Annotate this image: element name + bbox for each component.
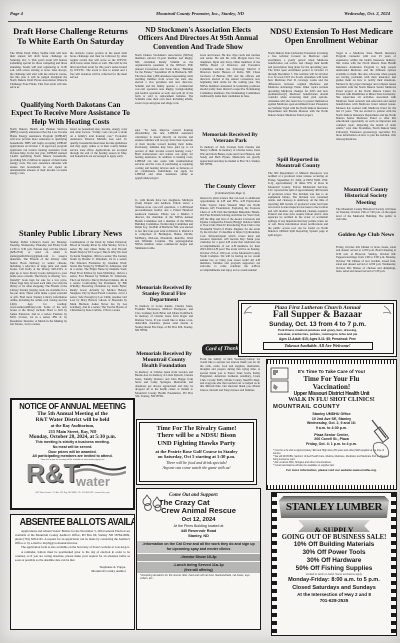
article-body: In memory of Jack Crossen from Charles a…: [200, 146, 260, 182]
article-body: Stanley Public Library's hours are Monda…: [10, 241, 67, 389]
article-body: North Dakota Stockmen's Association (NDS…: [135, 54, 193, 128]
ad-prices: Ages 12-Adult: $15; Ages 5-11: $5; Presc…: [239, 337, 396, 341]
rt-water-logo: R&T water: [12, 462, 133, 492]
ad-title: ABSENTEE BALLOTS AVAILABLE: [20, 517, 126, 528]
ad-fineprint: *Accepting donations for the rescue: lit…: [140, 574, 257, 581]
ad-title: NOTICE OF ANNUAL MEETING: [16, 402, 130, 411]
cat-icon: [141, 492, 167, 512]
ad-fineprint: Limited to stock on hand. Some exclusion…: [272, 573, 396, 576]
absentee-ballots-ad: ABSENTEE BALLOTS AVAILABLE Applications …: [10, 514, 135, 630]
rivalry-game-ad: Time For The Rivalry Game! There will be…: [136, 419, 257, 485]
headline-stockmen: ND Stockmen's Association Elects Officer…: [133, 26, 263, 51]
ad-footer: For more information, please visit our w…: [267, 468, 396, 472]
ad-info-band: -Information on the Cat Crew and all the…: [137, 541, 260, 552]
ad-hours: Monday-Friday: 8:00 a.m. to 5 p.m.: [272, 577, 396, 584]
headline-heating: Qualifying North Dakotans Can Expect To …: [10, 101, 131, 126]
lumber-banner: STANLEY LUMBER: [279, 496, 389, 518]
ad-line: Anyone can come watch the game with us!: [137, 465, 256, 470]
filmstrip-border: [391, 493, 396, 635]
headline-historical: Mountrail County Historical Society Meet…: [336, 187, 396, 206]
headline-golden-age: Golden Age Club News: [336, 232, 396, 238]
ad-hours: Closed Saturdays and Sundays: [272, 585, 396, 592]
headline-veterans: Memorials Received By Veterans Park: [200, 132, 260, 144]
ad-lunch-band: (free will offering): [137, 568, 260, 573]
ad-location: Stanley, ND: [137, 534, 260, 539]
article-body: In memory of Charles Jesna from Gordon a…: [135, 371, 193, 417]
ad-fineprint: R&T Water District - PO Box 128, Ray, ND…: [12, 492, 133, 494]
nd-map-icon: [270, 367, 290, 393]
headline-clover: The County Clover: [200, 183, 260, 190]
fall-supper-ad: Plaza First Lutheran Church Annual Fall …: [238, 300, 397, 357]
ad-date: Oct 12, 2024: [137, 516, 260, 524]
ad-paragraph: Applications and Absent Voters' Ballots …: [15, 530, 130, 545]
headline-medicare: NDSU Extension To Host Medicare Open Enr…: [266, 27, 397, 45]
rt-water-notice-ad: NOTICE OF ANNUAL MEETING The 5th Annual …: [10, 398, 135, 510]
newspaper-page: Page 4 Mountrail County Promoter, Inc., …: [0, 0, 400, 643]
article-body: North Dakota State University Extension …: [268, 52, 328, 155]
lumber-ribbon: & SUPPLY: [298, 520, 370, 532]
ad-phone: 701-628-2535: [272, 598, 396, 604]
stanley-lumber-ad: STANLEY LUMBER & SUPPLY GOING OUT OF BUS…: [271, 492, 397, 636]
article-body: The Mountrail County Historical Society …: [336, 208, 396, 231]
article-body: the obstacle course portion of the usual…: [70, 52, 127, 101]
ad-title: Fall Supper & Bazaar: [239, 311, 396, 321]
crazy-cat-ad: Come Out and Support: The Crazy Cat Crew…: [136, 488, 261, 630]
headline-health-foundation: Memorials Received By Mountrail County H…: [135, 351, 193, 369]
ad-paragraph: A reminder, ballots must be postmarked p…: [15, 551, 130, 563]
masthead: Mountrail County Promoter, Inc., Stanley…: [0, 12, 400, 17]
headline-draft-horse: Draft Horse Challenge Returns To White E…: [10, 27, 131, 46]
article-body: based on household size, income, energy …: [70, 128, 127, 227]
ad-clinics-line: WALK IN FLU SHOT CLINICS!: [267, 397, 396, 404]
headline-library: Stanley Public Library News: [10, 229, 131, 238]
filmstrip-border: [272, 493, 277, 635]
striped-border: [267, 360, 396, 364]
article-body: North Dakota Health and Human Services (…: [10, 128, 67, 227]
ad-sale-line: GOING OUT OF BUSINESS SALE!: [278, 532, 390, 541]
ad-line: There will be a NDSU Bison: [137, 432, 256, 440]
syringe-hand-icon: [368, 418, 394, 458]
article-body: From the family of Deb Swanberg-Glasoe w…: [200, 358, 260, 418]
ad-title: STANLEY LUMBER: [286, 501, 382, 513]
ad-takeout: Takeout Available. All Are Welcome!: [263, 342, 373, 350]
flourish-icon: [243, 305, 253, 315]
flourish-icon: [382, 305, 392, 315]
ad-vendor-band: -Vendor Show 10-3p: [137, 554, 260, 561]
article-body: Friday, October 4th: Dinner of brats, be…: [336, 246, 396, 298]
clover-continued-note: (Continued from Page 1): [200, 191, 260, 195]
ad-deal: 10% Off Building Materials: [272, 541, 396, 549]
headline-rural-fire: Memorials Received By Stanley Rural Fire…: [135, 285, 193, 303]
ad-line: UND Fighting Hawks Party: [137, 440, 256, 448]
ad-signature: Mountrail County Auditor: [19, 569, 126, 573]
headline-spill: Spill Reported in Mountrail County: [268, 157, 328, 170]
striped-border: [267, 485, 396, 489]
ad-title: Time For Your Flu Vaccination!: [289, 376, 374, 391]
rt-logo-sub: water: [76, 475, 110, 488]
article-body: The White Earth Valley Saddle Club will …: [10, 52, 67, 101]
ad-deal: 30% Off Hardware: [272, 557, 396, 565]
article-body: interest in plant science that can lead …: [200, 197, 260, 299]
article-body: stock and horses. He also clips cards an…: [200, 54, 260, 131]
article-body: In memory of Loren Knutts, Charles Jesna…: [135, 305, 193, 350]
flu-clinic-ad: It's Time To Take Care of You! Time For …: [266, 359, 397, 490]
article-body: Continuation of the Dead by James Patter…: [70, 241, 127, 389]
rt-logo-text: R&T: [26, 460, 79, 486]
ad-line: Time For The Rivalry Game!: [137, 425, 256, 432]
article-body: said. “To help improve overall housing a…: [135, 129, 193, 197]
ad-deal: 30% Off Power Tools: [272, 549, 396, 557]
article-body: Vogel is a Medicare State Health Insuran…: [336, 52, 396, 185]
ad-county: MOUNTRAIL COUNTY: [273, 404, 396, 411]
article-body: Jr., with Ronda have two daughters, Mich…: [135, 199, 193, 283]
header-rule: [8, 21, 392, 22]
issue-date: Wednesday, Oct. 2, 2024: [344, 12, 390, 17]
article-body: The ND Department of Mineral Resources w…: [268, 172, 328, 298]
ad-when: Sunday, Oct. 13 from 4 to 7 p.m.: [239, 321, 396, 328]
